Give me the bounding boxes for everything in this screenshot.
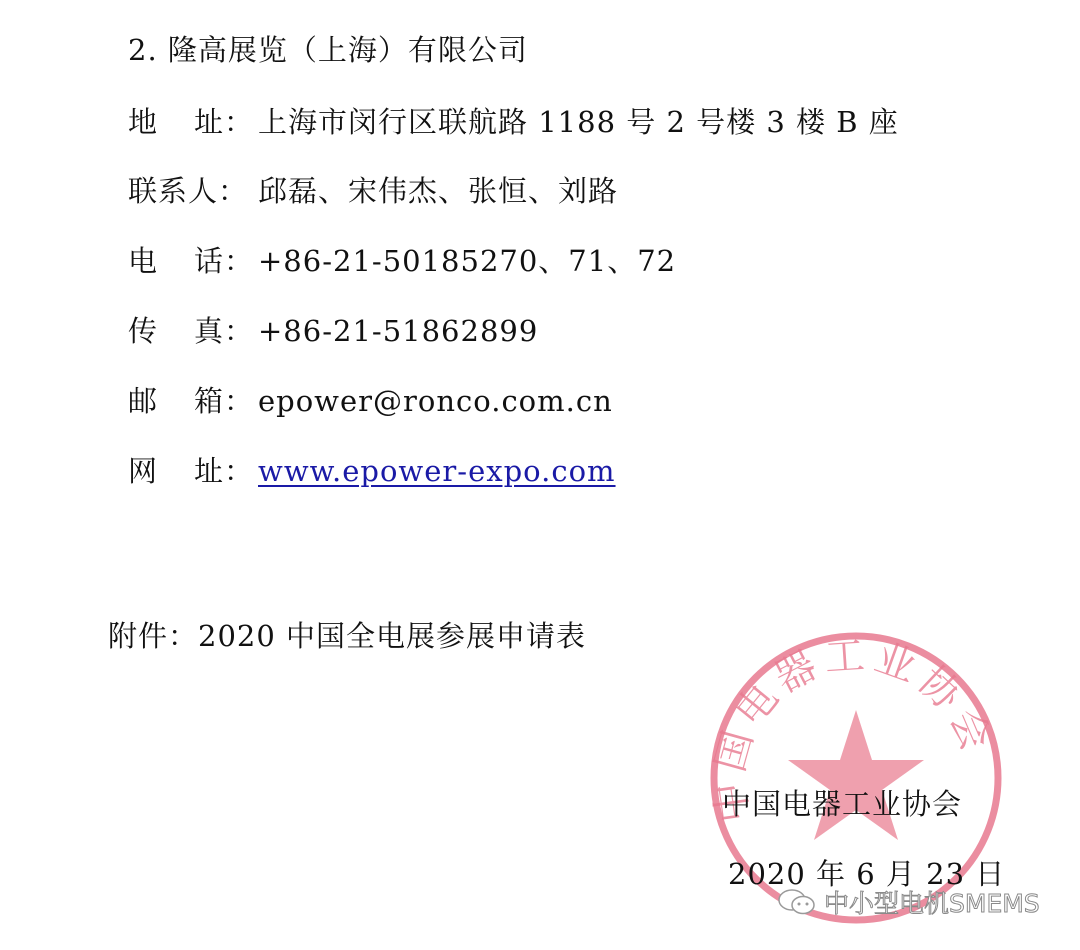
watermark-text: 中小型电机SMEMS	[824, 884, 1040, 920]
email-row: 邮箱：epower@ronco.com.cn	[128, 383, 613, 419]
website-link[interactable]: www.epower-expo.com	[258, 454, 616, 488]
contacts-value: 邱磊、宋伟杰、张恒、刘路	[258, 174, 618, 208]
wechat-icon	[776, 887, 818, 917]
email-label: 邮箱：	[128, 383, 258, 419]
address-row: 地址：上海市闵行区联航路 1188 号 2 号楼 3 楼 B 座	[128, 104, 899, 140]
contacts-label: 联系人：	[128, 173, 258, 209]
fax-label: 传真：	[128, 313, 258, 349]
address-value: 上海市闵行区联航路 1188 号 2 号楼 3 楼 B 座	[258, 105, 899, 139]
website-row: 网址：www.epower-expo.com	[128, 453, 616, 489]
contacts-row: 联系人：邱磊、宋伟杰、张恒、刘路	[128, 173, 618, 209]
wechat-watermark: 中小型电机SMEMS	[776, 884, 1040, 920]
website-label: 网址：	[128, 453, 258, 489]
fax-value: +86-21-51862899	[258, 314, 538, 348]
fax-row: 传真：+86-21-51862899	[128, 313, 538, 349]
phone-row: 电话：+86-21-50185270、71、72	[128, 243, 676, 279]
email-value: epower@ronco.com.cn	[258, 384, 613, 418]
company-heading: 2. 隆高展览（上海）有限公司	[128, 32, 528, 68]
phone-value: +86-21-50185270、71、72	[258, 244, 676, 278]
attachment-note: 附件：2020 中国全电展参展申请表	[108, 618, 586, 654]
phone-label: 电话：	[128, 243, 258, 279]
address-label: 地址：	[128, 104, 258, 140]
signing-organization: 中国电器工业协会	[722, 786, 962, 822]
